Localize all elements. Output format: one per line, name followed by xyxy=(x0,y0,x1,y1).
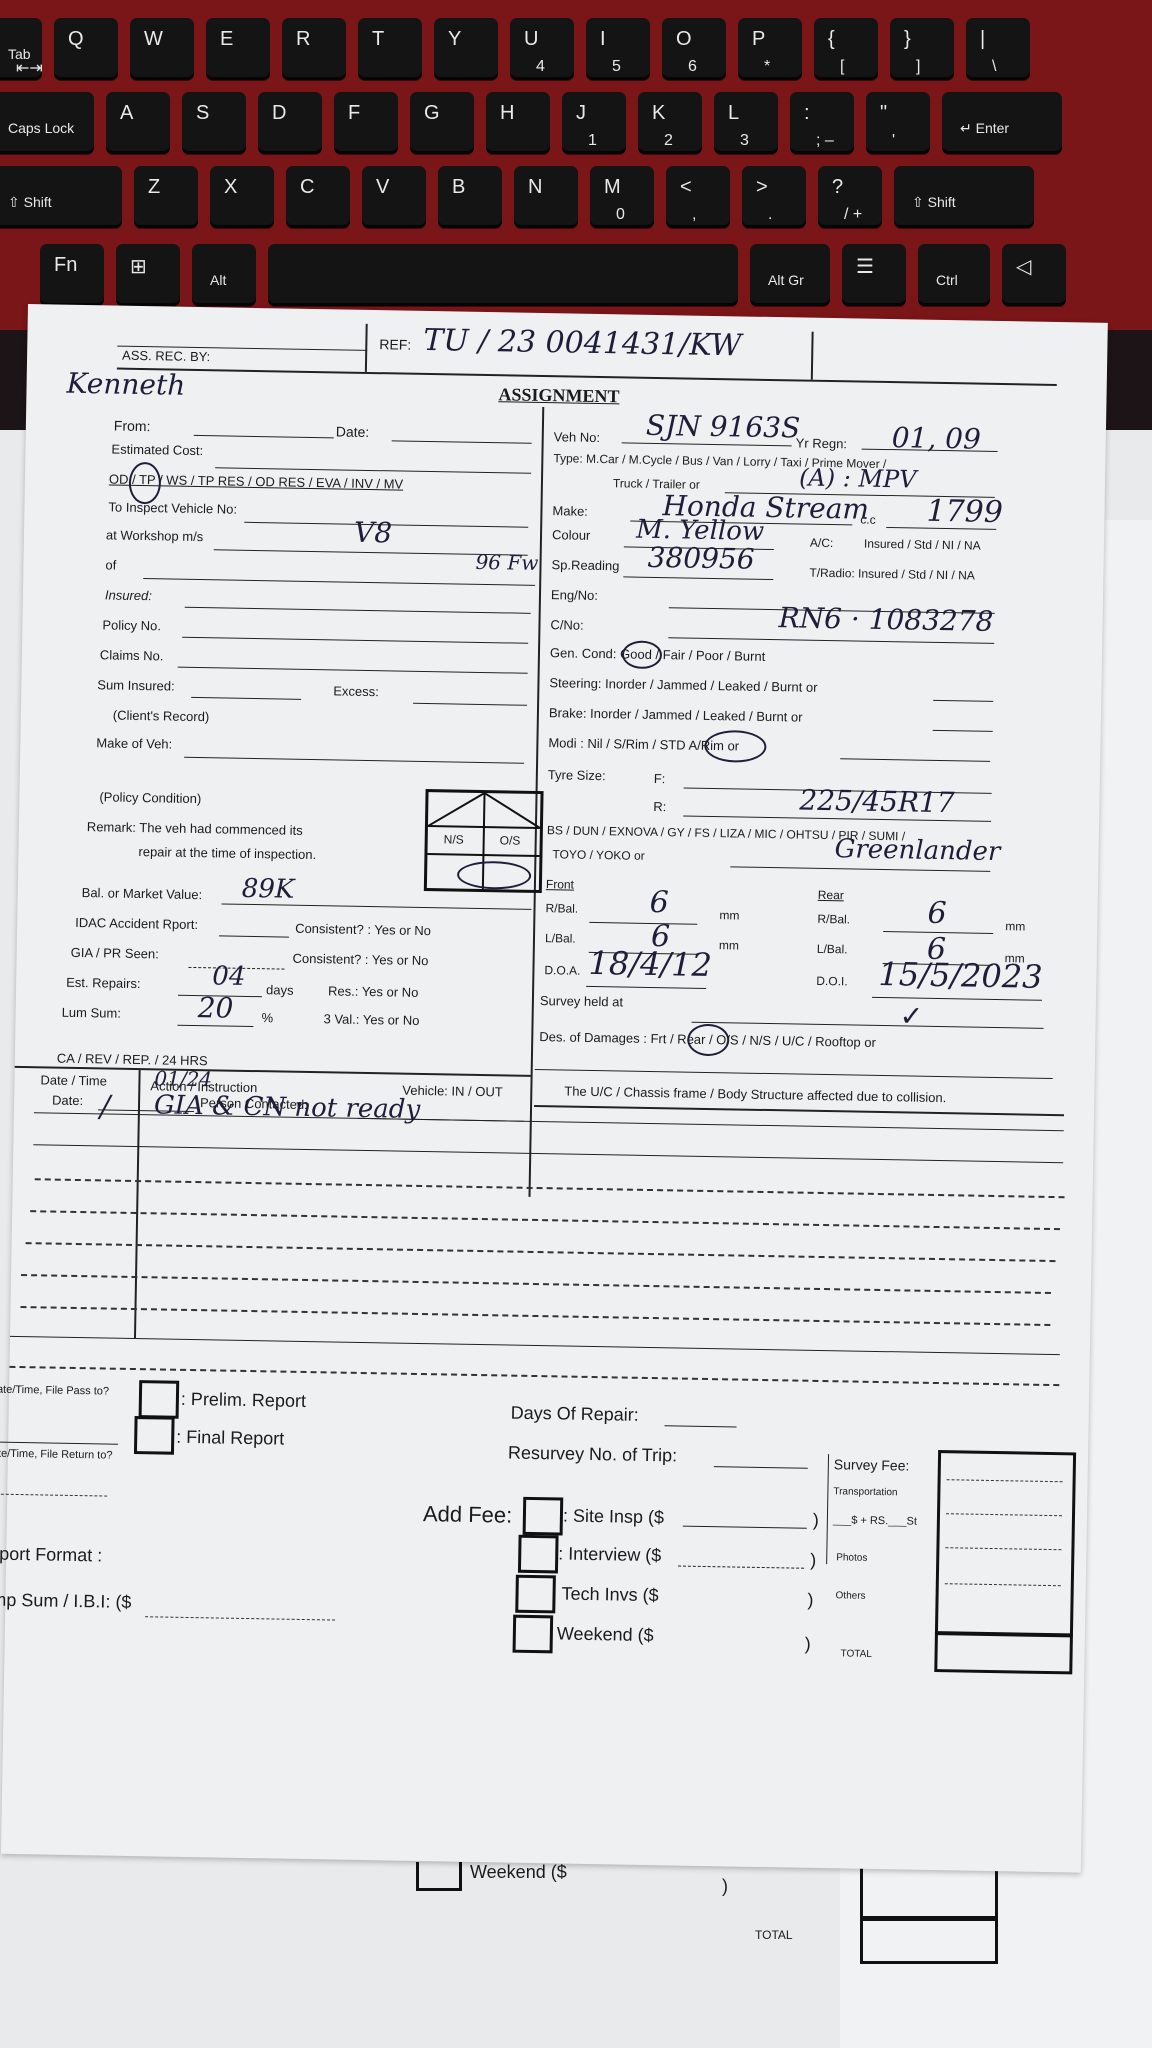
ca-rev-label: CA / REV / REP. / 24 HRS xyxy=(57,1051,208,1069)
market-value-label: Bal. or Market Value: xyxy=(82,885,203,902)
total-box[interactable] xyxy=(934,1632,1073,1674)
ref-label: REF: xyxy=(379,336,411,353)
key-label: Fn xyxy=(54,254,77,277)
key-sublabel: 2 xyxy=(664,132,673,150)
rear-lbal-label: L/Bal. xyxy=(817,942,848,957)
keyboard-key: ◁ xyxy=(1002,244,1066,306)
key-sublabel: 4 xyxy=(536,58,545,76)
make-of-veh-label: Make of Veh: xyxy=(96,735,172,751)
veh-no-value[interactable]: SJN 9163S xyxy=(646,409,801,445)
market-value-value[interactable]: 89K xyxy=(242,874,295,905)
keyboard-key: Ctrl xyxy=(918,244,990,306)
interview-checkbox[interactable] xyxy=(518,1535,559,1574)
file-pass-label: Date/Time, File Pass to? xyxy=(0,1383,109,1397)
sp-reading-value[interactable]: 380956 xyxy=(647,541,754,576)
prelim-report-label: : Prelim. Report xyxy=(181,1389,306,1412)
key-sublabel: ; – xyxy=(816,132,834,150)
key-label: Alt xyxy=(210,272,226,288)
key-label: Alt Gr xyxy=(768,272,804,288)
key-label: V xyxy=(376,176,389,199)
key-label: O xyxy=(676,28,692,51)
idac-label: IDAC Accident Rport: xyxy=(75,915,198,932)
sp-reading-label: Sp.Reading xyxy=(551,557,619,573)
ac-options: Insured / Std / NI / NA xyxy=(864,537,981,553)
key-sublabel: . xyxy=(768,206,772,224)
tech-invs-checkbox[interactable] xyxy=(515,1575,556,1614)
doa-label: D.O.A. xyxy=(544,963,580,978)
key-label: F xyxy=(348,102,360,125)
veh-no-label: Veh No: xyxy=(554,429,601,445)
keyboard-key: H xyxy=(486,92,550,154)
assignment-form-sheet: ASS. REC. BY: REF: TU / 23 0041431/KW Ke… xyxy=(1,304,1108,1873)
rear-rbal-unit: mm xyxy=(1005,919,1025,933)
log-entry-date: / xyxy=(100,1089,111,1124)
key-label: ↵ Enter xyxy=(960,120,1009,137)
keyboard-key: D xyxy=(258,92,322,154)
lump-sum-label: Lump Sum / I.B.I: ($ xyxy=(0,1589,132,1613)
keyboard-key: >. xyxy=(742,166,806,228)
tech-invs-label: Tech Invs ($ xyxy=(561,1584,658,1607)
front-rbal-label: R/Bal. xyxy=(545,901,578,916)
key-label: T xyxy=(372,28,384,51)
key-label: ◁ xyxy=(1016,254,1031,279)
yr-regn-label: Yr Regn: xyxy=(796,435,848,451)
key-label: | xyxy=(980,28,985,51)
key-label: A xyxy=(120,102,133,125)
key-sublabel: \ xyxy=(992,58,996,76)
log-entry-action: GIA & CN not ready xyxy=(154,1090,421,1125)
key-label: U xyxy=(524,28,538,51)
key-label: Ctrl xyxy=(936,272,958,288)
total-label: TOTAL xyxy=(840,1648,871,1660)
vehicle-side-diagram: N/S O/S xyxy=(424,789,544,893)
three-val-label: 3 Val.: Yes or No xyxy=(323,1011,419,1028)
keyboard-key: P* xyxy=(738,18,802,80)
consistent1-label: Consistent? : Yes or No xyxy=(295,921,431,938)
key-sublabel: * xyxy=(764,58,770,76)
key-label: X xyxy=(224,176,237,199)
keyboard-key xyxy=(268,244,738,306)
tyre-r-label: R: xyxy=(653,799,666,814)
keyboard-key: Z xyxy=(134,166,198,228)
key-label: { xyxy=(828,28,835,51)
keyboard-key: K2 xyxy=(638,92,702,154)
survey-held-value[interactable]: ✓ xyxy=(899,999,923,1032)
key-sublabel: 5 xyxy=(612,58,621,76)
ref-value[interactable]: TU / 23 0041431/KW xyxy=(423,323,742,364)
colour-label: Colour xyxy=(552,527,591,543)
key-label: ⇧ Shift xyxy=(912,194,956,211)
weekend-label: Weekend ($ xyxy=(557,1623,654,1646)
final-report-checkbox[interactable] xyxy=(134,1416,175,1455)
of-value[interactable]: 96 Fw xyxy=(475,550,538,575)
cc-label: c.c xyxy=(860,513,876,527)
key-sublabel: ' xyxy=(892,132,895,150)
interview-label: : Interview ($ xyxy=(558,1543,661,1566)
tyre-size-label: Tyre Size: xyxy=(548,767,606,783)
key-label: ⊞ xyxy=(130,254,147,279)
res-label: Res.: Yes or No xyxy=(328,983,419,1000)
claim-type-circle xyxy=(129,462,162,505)
fee-breakdown-box xyxy=(935,1450,1076,1636)
key-label: J xyxy=(576,102,586,125)
laptop-keyboard: Tab⇤⇥QWERTYU4I5O6P*{[}]|\Caps LockASDFGH… xyxy=(0,0,1152,330)
site-insp-label: : Site Insp ($ xyxy=(563,1506,664,1529)
key-label: Y xyxy=(448,28,461,51)
keyboard-key: ?/ + xyxy=(818,166,882,228)
percent-label: % xyxy=(261,1010,273,1025)
ac-label: A/C: xyxy=(810,536,834,550)
key-label: C xyxy=(300,176,314,199)
key-label: W xyxy=(144,28,163,51)
keyboard-key: Tab⇤⇥ xyxy=(0,18,42,80)
survey-fee-label: Survey Fee: xyxy=(834,1456,910,1473)
add-fee-label: Add Fee: xyxy=(423,1501,513,1529)
key-label: ☰ xyxy=(856,254,874,279)
front-rbal-value[interactable]: 6 xyxy=(649,885,669,920)
lum-sum-label: Lum Sum: xyxy=(62,1005,122,1021)
key-sublabel: [ xyxy=(840,58,844,76)
days-of-repair-label: Days Of Repair: xyxy=(511,1403,639,1426)
key-label: : xyxy=(804,102,810,125)
date-label: Date: xyxy=(336,423,370,440)
rear-rbal-value[interactable]: 6 xyxy=(927,896,947,931)
keyboard-key: Caps Lock xyxy=(0,92,94,154)
file-return-label: Date/Time, File Return to? xyxy=(0,1447,113,1461)
remark-line1: Remark: The veh had commenced its xyxy=(87,819,303,838)
transport-formula: ___$ + RS.___St xyxy=(833,1514,917,1527)
key-sublabel: 0 xyxy=(616,206,625,224)
under-total-label: TOTAL xyxy=(755,1928,793,1942)
form-title: ASSIGNMENT xyxy=(498,384,619,407)
doi-label: D.O.I. xyxy=(816,974,848,989)
keyboard-key: B xyxy=(438,166,502,228)
truck-trailer-value[interactable]: (A) : MPV xyxy=(799,463,917,493)
keyboard-key: O6 xyxy=(662,18,726,80)
key-label: P xyxy=(752,28,765,51)
lum-sum-value[interactable]: 20 xyxy=(197,991,233,1025)
key-label: I xyxy=(600,28,606,51)
ns-label: N/S xyxy=(444,832,464,846)
tyre-f-label: F: xyxy=(654,771,666,786)
key-label: D xyxy=(272,102,286,125)
keyboard-key: Alt Gr xyxy=(750,244,830,306)
date2-label: Date: xyxy=(52,1093,83,1109)
key-label: K xyxy=(652,102,665,125)
others-label: Others xyxy=(835,1590,865,1602)
keyboard-key: N xyxy=(514,166,578,228)
key-label: Z xyxy=(148,176,160,199)
excess-label: Excess: xyxy=(333,683,379,699)
keyboard-key: W xyxy=(130,18,194,80)
keyboard-key: <, xyxy=(666,166,730,228)
under-weekend-checkbox[interactable] xyxy=(416,1862,462,1891)
key-sublabel: 6 xyxy=(688,58,697,76)
log-col-date: Date / Time xyxy=(40,1072,107,1088)
doa-value[interactable]: 18/4/12 xyxy=(588,944,712,984)
key-sublabel: ] xyxy=(916,58,920,76)
gia-pr-label: GIA / PR Seen: xyxy=(71,945,159,962)
workshop-value[interactable]: V8 xyxy=(354,516,393,550)
key-label: H xyxy=(500,102,514,125)
key-label: ? xyxy=(832,176,843,199)
keyboard-key: ↵ Enter xyxy=(942,92,1062,154)
under-paren: ) xyxy=(722,1876,728,1897)
key-sublabel: 1 xyxy=(588,132,597,150)
keyboard-key: C xyxy=(286,166,350,228)
site-insp-checkbox[interactable] xyxy=(523,1497,564,1536)
keyboard-key: G xyxy=(410,92,474,154)
keyboard-key: :; – xyxy=(790,92,854,154)
keyboard-key: M0 xyxy=(590,166,654,228)
good-circle xyxy=(622,640,662,669)
tyre-brands-line2: TOYO / YOKO or xyxy=(552,847,644,863)
front-label: Front xyxy=(546,877,574,891)
est-repairs-value[interactable]: 04 xyxy=(212,961,246,992)
under-total-box xyxy=(860,1918,998,1964)
keyboard-key: S xyxy=(182,92,246,154)
key-label: S xyxy=(196,102,209,125)
keyboard-key: J1 xyxy=(562,92,626,154)
keyboard-key: "' xyxy=(866,92,930,154)
from-label: From: xyxy=(114,418,151,435)
front-rbal-unit: mm xyxy=(719,908,739,922)
rear-label: Rear xyxy=(818,888,844,902)
consistent2-label: Consistent? : Yes or No xyxy=(292,951,428,968)
keyboard-key: Y xyxy=(434,18,498,80)
key-label: ⇧ Shift xyxy=(8,194,52,211)
key-sublabel: , xyxy=(692,206,696,224)
keyboard-key: |\ xyxy=(966,18,1030,80)
eng-no-label: Eng/No: xyxy=(551,587,598,603)
steering-options: Steering: Inorder / Jammed / Leaked / Bu… xyxy=(549,675,817,695)
key-label: E xyxy=(220,28,233,51)
keyboard-key: Q xyxy=(54,18,118,80)
keyboard-key: A xyxy=(106,92,170,154)
policy-condition-label: (Policy Condition) xyxy=(99,789,201,806)
keyboard-key: F xyxy=(334,92,398,154)
under-weekend-label: Weekend ($ xyxy=(470,1862,567,1883)
key-label: M xyxy=(604,176,621,199)
est-repairs-label: Est. Repairs: xyxy=(66,975,141,991)
doi-value[interactable]: 15/5/2023 xyxy=(878,955,1043,996)
keyboard-key: {[ xyxy=(814,18,878,80)
key-label: B xyxy=(452,176,465,199)
tyre-brand-value[interactable]: Greenlander xyxy=(834,834,1000,867)
keyboard-key: X xyxy=(210,166,274,228)
claims-no-label: Claims No. xyxy=(100,647,164,663)
keyboard-key: Alt xyxy=(192,244,256,306)
sum-insured-label: Sum Insured: xyxy=(97,677,175,693)
keyboard-key: V xyxy=(362,166,426,228)
key-label: " xyxy=(880,102,887,125)
keyboard-key: U4 xyxy=(510,18,574,80)
key-label: N xyxy=(528,176,542,199)
key-sublabel: / + xyxy=(844,206,862,224)
photos-label: Photos xyxy=(836,1552,867,1564)
insured-label: Insured: xyxy=(105,587,152,603)
days-label: days xyxy=(266,982,294,997)
transportation-label: Transportation xyxy=(833,1486,897,1498)
keyboard-key: ⊞ xyxy=(116,244,180,306)
key-label: R xyxy=(296,28,310,51)
final-report-label: : Final Report xyxy=(176,1427,284,1450)
keyboard-key: T xyxy=(358,18,422,80)
make-label: Make: xyxy=(552,503,588,519)
prelim-report-checkbox[interactable] xyxy=(139,1380,180,1419)
workshop-label: at Workshop m/s xyxy=(106,527,204,544)
estimated-cost-label: Estimated Cost: xyxy=(111,441,203,458)
keyboard-key: R xyxy=(282,18,346,80)
keyboard-key: ⇧ Shift xyxy=(0,166,122,228)
keyboard-key: ⇧ Shift xyxy=(894,166,1034,228)
keyboard-key: ☰ xyxy=(842,244,906,306)
front-lbal-unit: mm xyxy=(719,938,739,952)
key-label: } xyxy=(904,28,911,51)
key-label: > xyxy=(756,176,768,199)
cc-value[interactable]: 1799 xyxy=(926,494,1003,530)
c-no-value[interactable]: RN6 · 1083278 xyxy=(778,601,993,638)
key-label: < xyxy=(680,176,692,199)
tyre-r-value[interactable]: 225/45R17 xyxy=(799,784,955,820)
os-label: O/S xyxy=(500,833,521,847)
policy-no-label: Policy No. xyxy=(102,617,161,633)
clients-record-label: (Client's Record) xyxy=(113,708,210,725)
keyboard-key: I5 xyxy=(586,18,650,80)
survey-held-label: Survey held at xyxy=(540,993,623,1009)
weekend-checkbox[interactable] xyxy=(513,1615,554,1654)
report-format-label: Report Format : xyxy=(0,1543,102,1566)
key-label: G xyxy=(424,102,440,125)
ass-rec-by-value[interactable]: Kenneth xyxy=(66,367,185,402)
rear-circle xyxy=(687,1024,730,1057)
key-label: L xyxy=(728,102,739,125)
key-label: Caps Lock xyxy=(8,120,74,136)
key-sublabel: 3 xyxy=(740,132,749,150)
to-inspect-label: To Inspect Vehicle No: xyxy=(108,499,237,516)
brake-options: Brake: Inorder / Jammed / Leaked / Burnt… xyxy=(549,705,803,724)
ass-rec-by-label: ASS. REC. BY: xyxy=(122,348,210,365)
keyboard-key: E xyxy=(206,18,270,80)
key-label: Q xyxy=(68,28,84,51)
keyboard-key: L3 xyxy=(714,92,778,154)
front-lbal-label: L/Bal. xyxy=(545,931,576,946)
keyboard-key: Fn xyxy=(40,244,104,306)
tradio-options: T/Radio: Insured / Std / NI / NA xyxy=(809,566,975,583)
key-sublabel: ⇤⇥ xyxy=(16,58,43,78)
std-arim-circle xyxy=(704,730,767,763)
c-no-label: C/No: xyxy=(550,617,583,633)
of-label: of xyxy=(105,557,116,572)
remark-line2: repair at the time of inspection. xyxy=(138,844,316,862)
uc-chassis-label: The U/C / Chassis frame / Body Structure… xyxy=(564,1083,946,1105)
rear-rbal-label: R/Bal. xyxy=(817,912,850,927)
keyboard-key: }] xyxy=(890,18,954,80)
resurvey-label: Resurvey No. of Trip: xyxy=(508,1443,677,1467)
